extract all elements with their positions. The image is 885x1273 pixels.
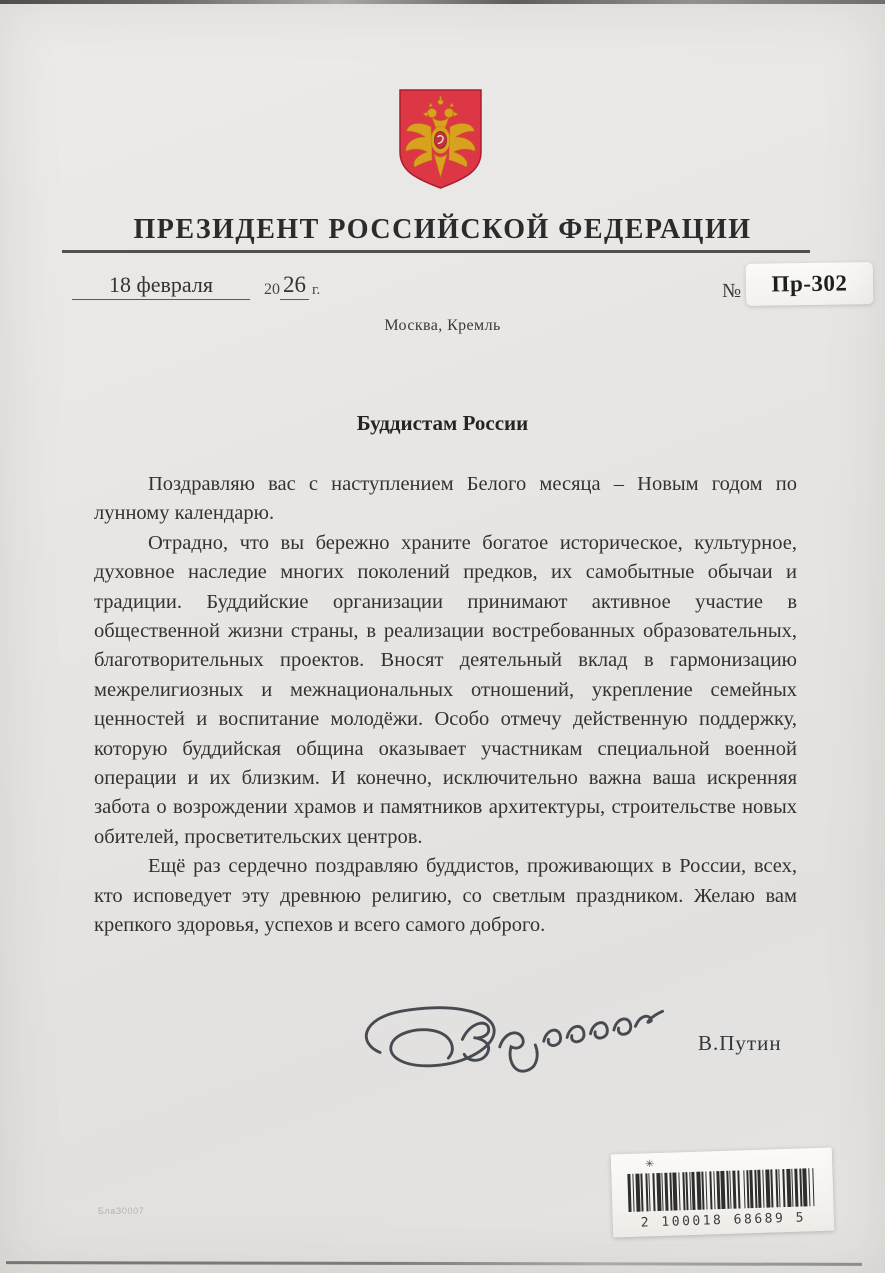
number-sign: № xyxy=(722,280,741,303)
barcode-sticker: ✳ 2 100018 68689 5 xyxy=(611,1148,834,1238)
scanned-letter-page: ПРЕЗИДЕНТ РОССИЙСКОЙ ФЕДЕРАЦИИ 18 феврал… xyxy=(0,0,885,1273)
letter-body: Поздравляю вас с наступлением Белого мес… xyxy=(94,470,797,941)
date-era: г. xyxy=(312,282,320,298)
arms-inner-shield xyxy=(435,132,447,149)
salutation: Буддистам России xyxy=(0,411,885,436)
document-number: Пр-302 xyxy=(771,270,847,297)
russia-coat-of-arms-icon xyxy=(394,86,487,191)
scan-edge-top xyxy=(0,0,885,4)
barcode-icon xyxy=(625,1166,818,1214)
paragraph-3: Ещё раз сердечно поздравляю буддистов, п… xyxy=(94,852,797,940)
signature-name: В.Путин xyxy=(698,1031,782,1056)
place-line: Москва, Кремль xyxy=(0,317,885,335)
barcode-emblem-icon: ✳ xyxy=(645,1158,655,1170)
scan-edge-bottom xyxy=(6,1261,862,1266)
paragraph-2: Отрадно, что вы бережно храните богатое … xyxy=(94,529,797,852)
date-century: 20 xyxy=(264,281,280,298)
date-line: 18 февраля2026г. xyxy=(72,272,320,300)
date-written: 18 февраля xyxy=(72,272,250,300)
letterhead-title: ПРЕЗИДЕНТ РОССИЙСКОЙ ФЕДЕРАЦИИ xyxy=(0,214,885,246)
paragraph-1: Поздравляю вас с наступлением Белого мес… xyxy=(94,470,797,529)
handwritten-signature xyxy=(352,990,670,1085)
letterhead-rule xyxy=(62,250,810,253)
document-number-sticker: Пр-302 xyxy=(746,262,874,306)
date-year: 26 xyxy=(280,272,309,300)
form-code: БлаЗ0007 xyxy=(98,1206,144,1216)
